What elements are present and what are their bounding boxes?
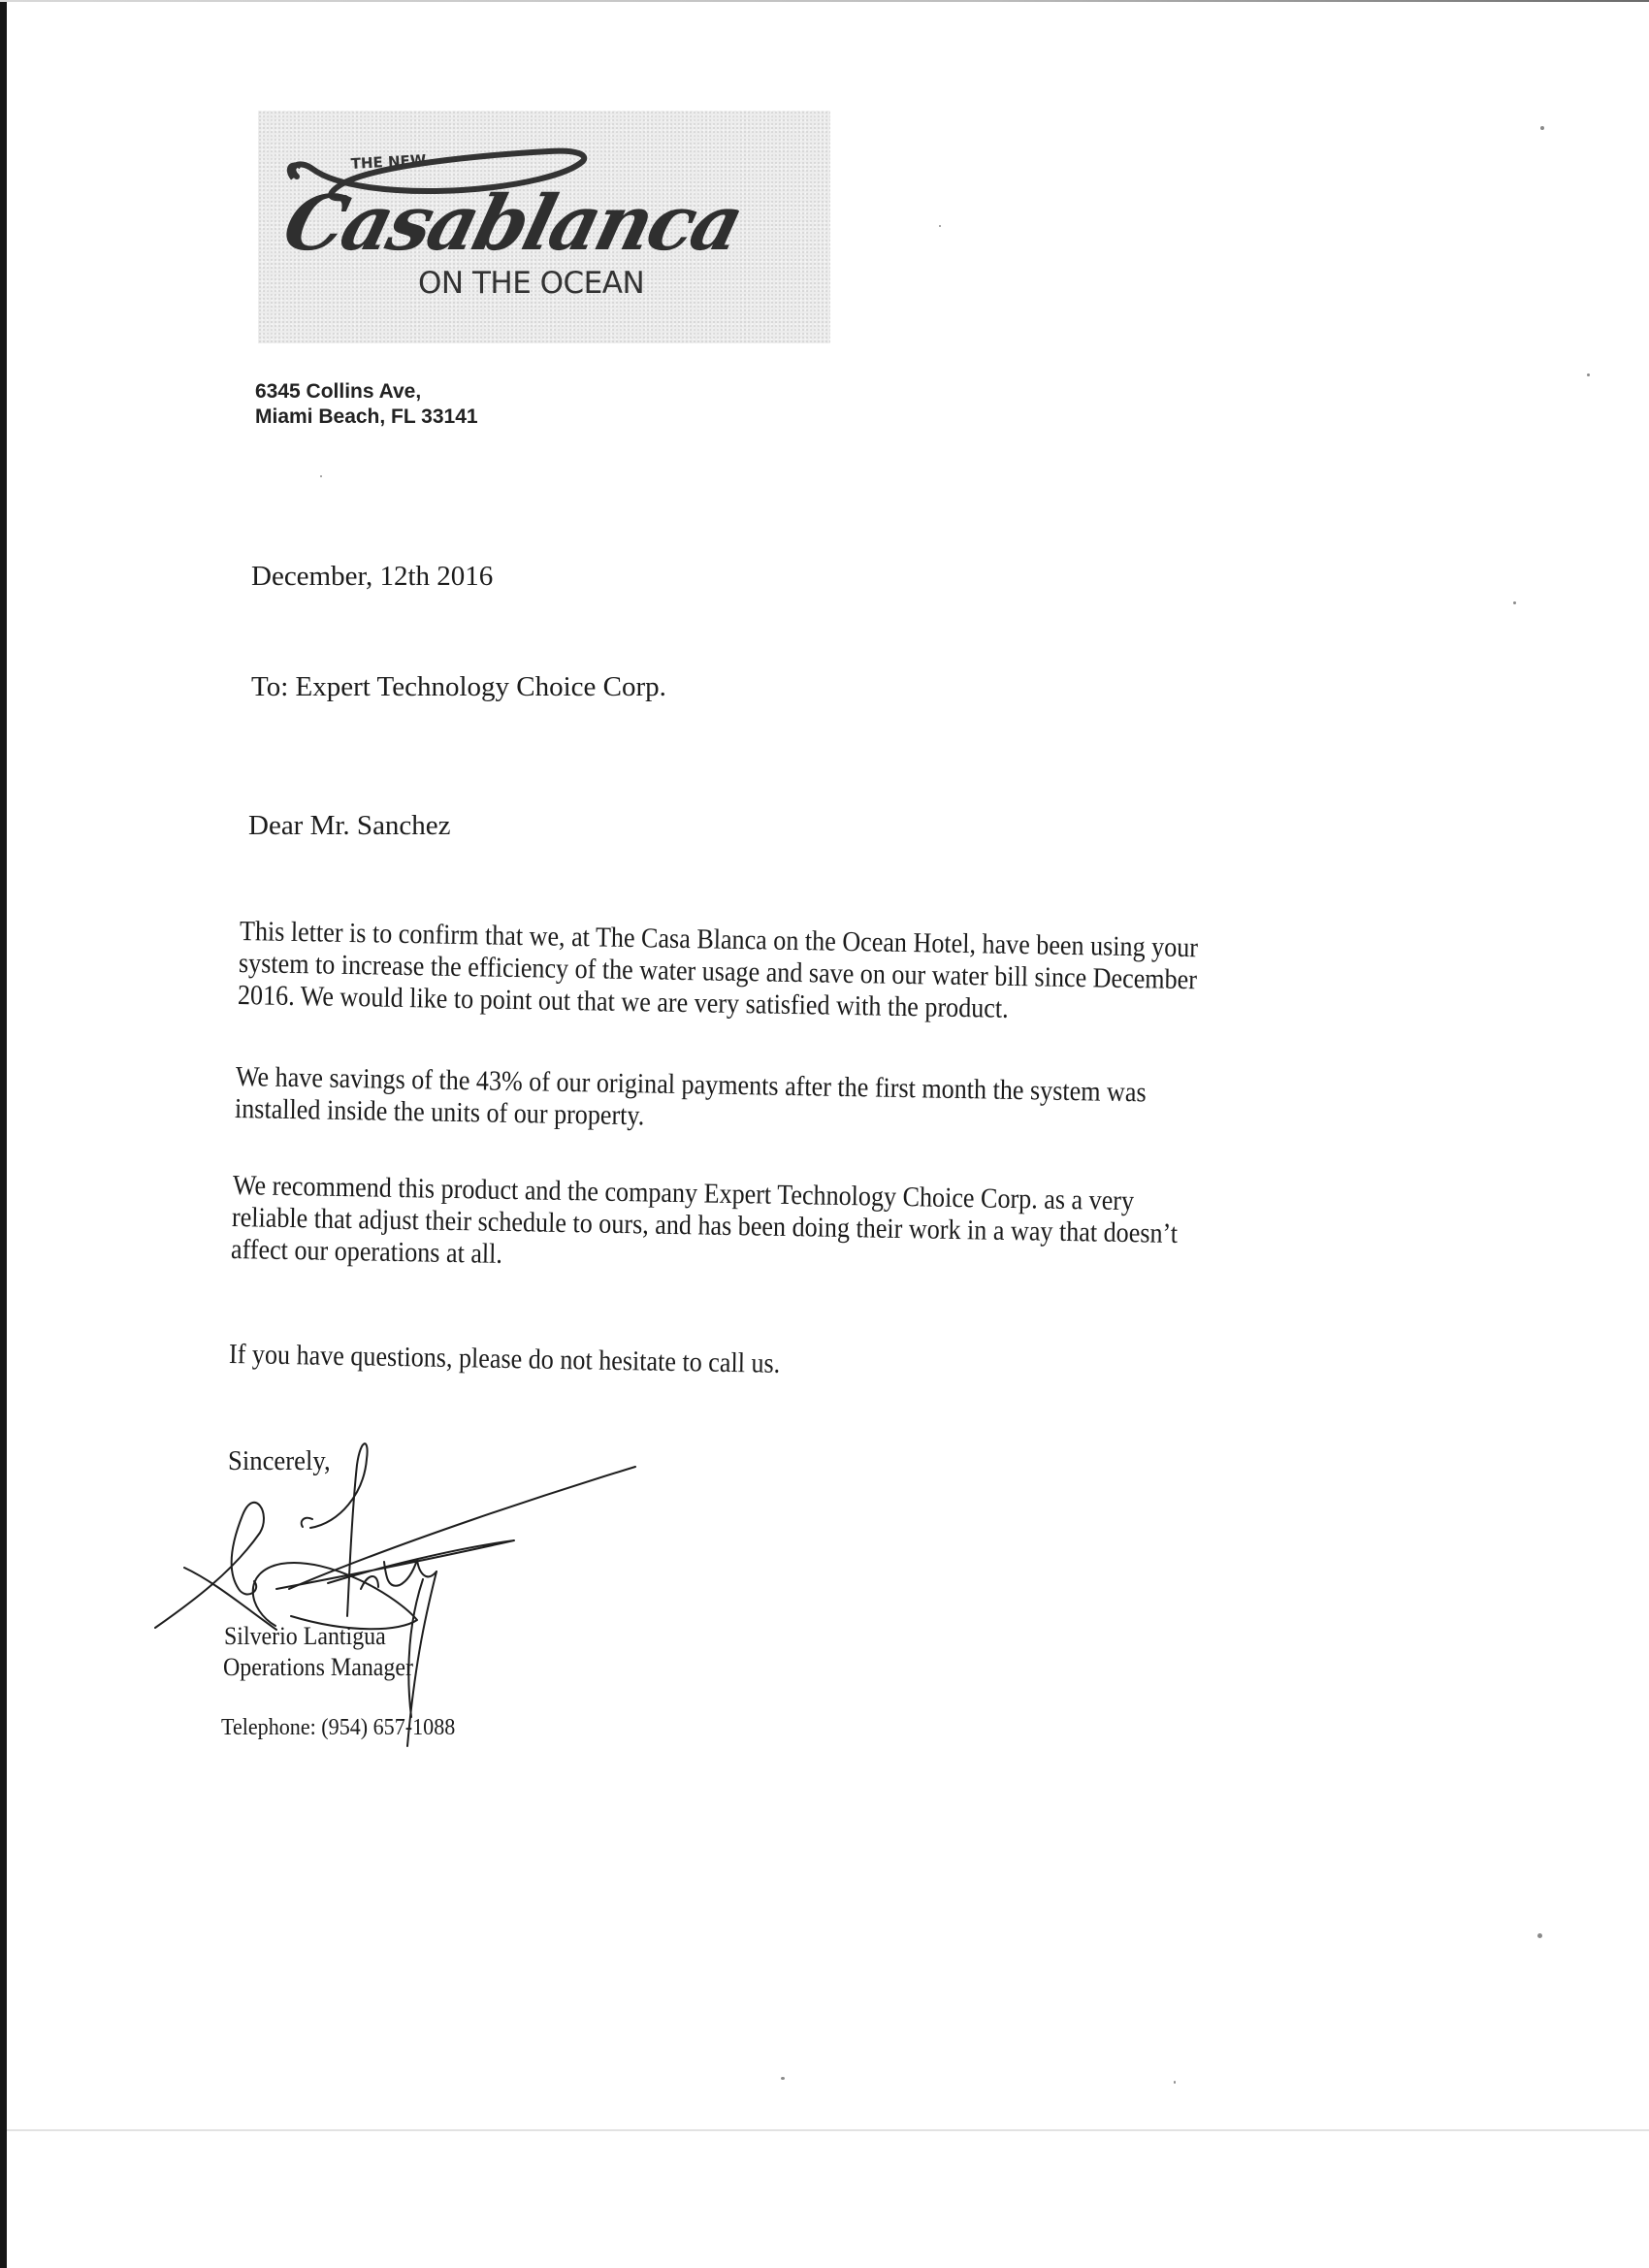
body-line: If you have questions, please do not hes… — [229, 1339, 781, 1380]
logo-swoosh-icon: THE NEW Casablanca — [258, 111, 830, 343]
hotel-address: 6345 Collins Ave, Miami Beach, FL 33141 — [255, 379, 478, 430]
scan-speck — [939, 225, 941, 227]
scan-speck — [1537, 1933, 1542, 1938]
logo-subtitle: ON THE OCEAN — [418, 266, 644, 301]
letter-salutation: Dear Mr. Sanchez — [248, 810, 451, 842]
scan-speck — [1540, 126, 1544, 130]
scan-speck — [320, 475, 322, 477]
address-line: Miami Beach, FL 33141 — [255, 405, 478, 430]
address-line: 6345 Collins Ave, — [255, 379, 478, 405]
letter-recipient: To: Expert Technology Choice Corp. — [251, 671, 666, 703]
svg-text:Casablanca: Casablanca — [275, 178, 750, 268]
letter-closing: Sincerely, — [228, 1445, 331, 1477]
hotel-logo: THE NEW Casablanca ON THE OCEAN — [258, 111, 830, 343]
signer-title: Operations Manager — [223, 1653, 413, 1682]
body-line: installed inside the units of our proper… — [235, 1093, 645, 1132]
scan-speck — [1174, 2081, 1176, 2084]
scan-speck — [781, 2077, 785, 2080]
scan-edge-top — [0, 0, 1649, 2]
scan-speck — [1587, 373, 1590, 376]
signer-name: Silverio Lantigua — [224, 1622, 386, 1651]
scan-speck — [1513, 601, 1516, 604]
svg-text:THE NEW: THE NEW — [350, 151, 427, 173]
body-line: affect our operations at all. — [231, 1234, 502, 1271]
letter-date: December, 12th 2016 — [251, 561, 493, 593]
scan-edge — [0, 0, 7, 2268]
signer-telephone: Telephone: (954) 657-1088 — [221, 1715, 455, 1741]
page-fold-line — [7, 2129, 1649, 2131]
